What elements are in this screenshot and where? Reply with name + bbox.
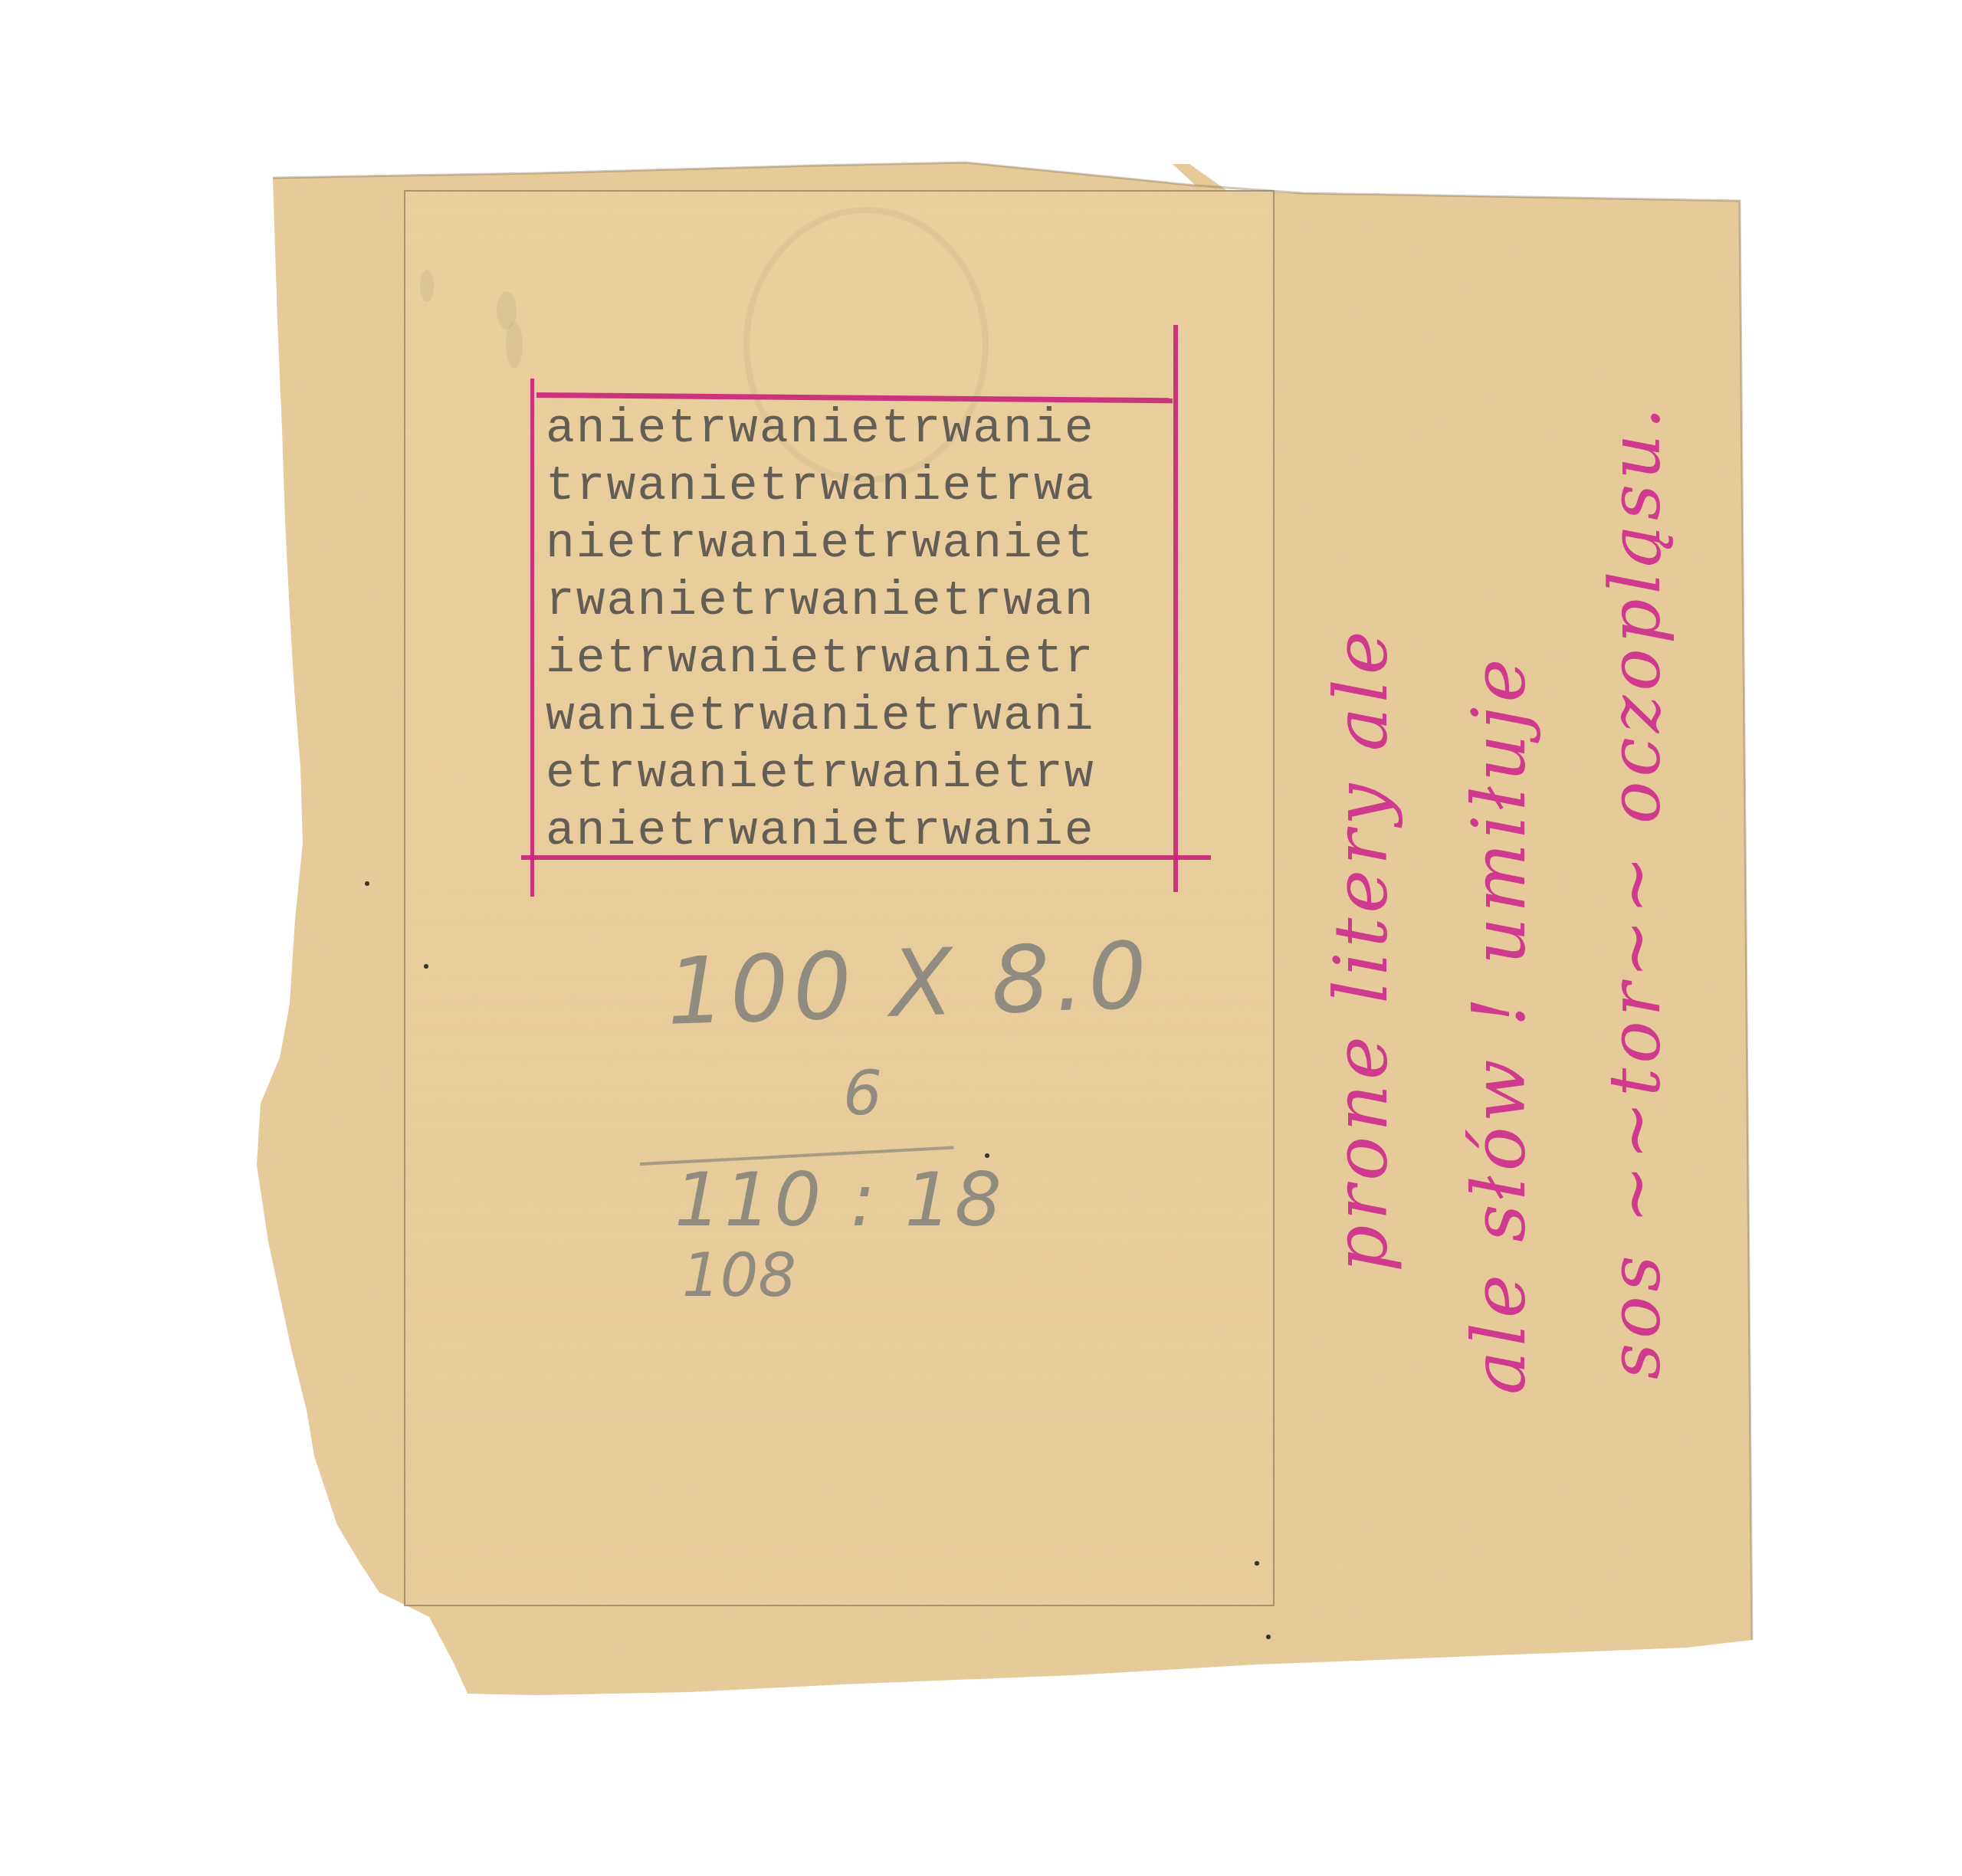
typed-line: anietrwanietrwanie <box>546 400 1189 458</box>
pencil-remainder: 108 <box>682 1241 796 1310</box>
handwritten-note-line-2: ale słów ! umiłuje <box>1456 654 1542 1395</box>
typed-line: trwanietrwanietrwa <box>546 458 1189 515</box>
typed-line: rwanietrwanietrwan <box>546 572 1189 630</box>
paper-speck <box>424 964 428 969</box>
stain <box>420 270 434 302</box>
handwritten-note-line-1: prone litery ale <box>1318 627 1404 1272</box>
pencil-result: 110 : 18 <box>674 1157 1005 1243</box>
paper-speck <box>985 1153 989 1158</box>
frame-left <box>530 379 534 897</box>
paper-speck <box>1255 1561 1259 1566</box>
pencil-multiplier: 6 <box>843 1058 882 1129</box>
typed-line: nietrwanietrwaniet <box>546 515 1189 572</box>
stain <box>506 322 523 368</box>
typed-line: ietrwanietrwanietr <box>546 630 1189 687</box>
typed-line: anietrwanietrwanie <box>546 802 1189 852</box>
document-sheet: anietrwanietrwanie trwanietrwanietrwa ni… <box>0 0 1962 1876</box>
typed-line: wanietrwanietrwani <box>546 687 1189 745</box>
paper-speck <box>365 881 369 886</box>
paper-speck <box>1266 1635 1271 1639</box>
frame-bottom <box>521 855 1211 860</box>
pencil-dimensions: 100 X 8.0 <box>665 923 1153 1046</box>
handwritten-note-line-3: sos ~~tor~~ oczopląsu. <box>1594 402 1676 1379</box>
typed-line: etrwanietrwanietrw <box>546 745 1189 802</box>
typewriter-text-block: anietrwanietrwanie trwanietrwanietrwa ni… <box>546 400 1189 852</box>
